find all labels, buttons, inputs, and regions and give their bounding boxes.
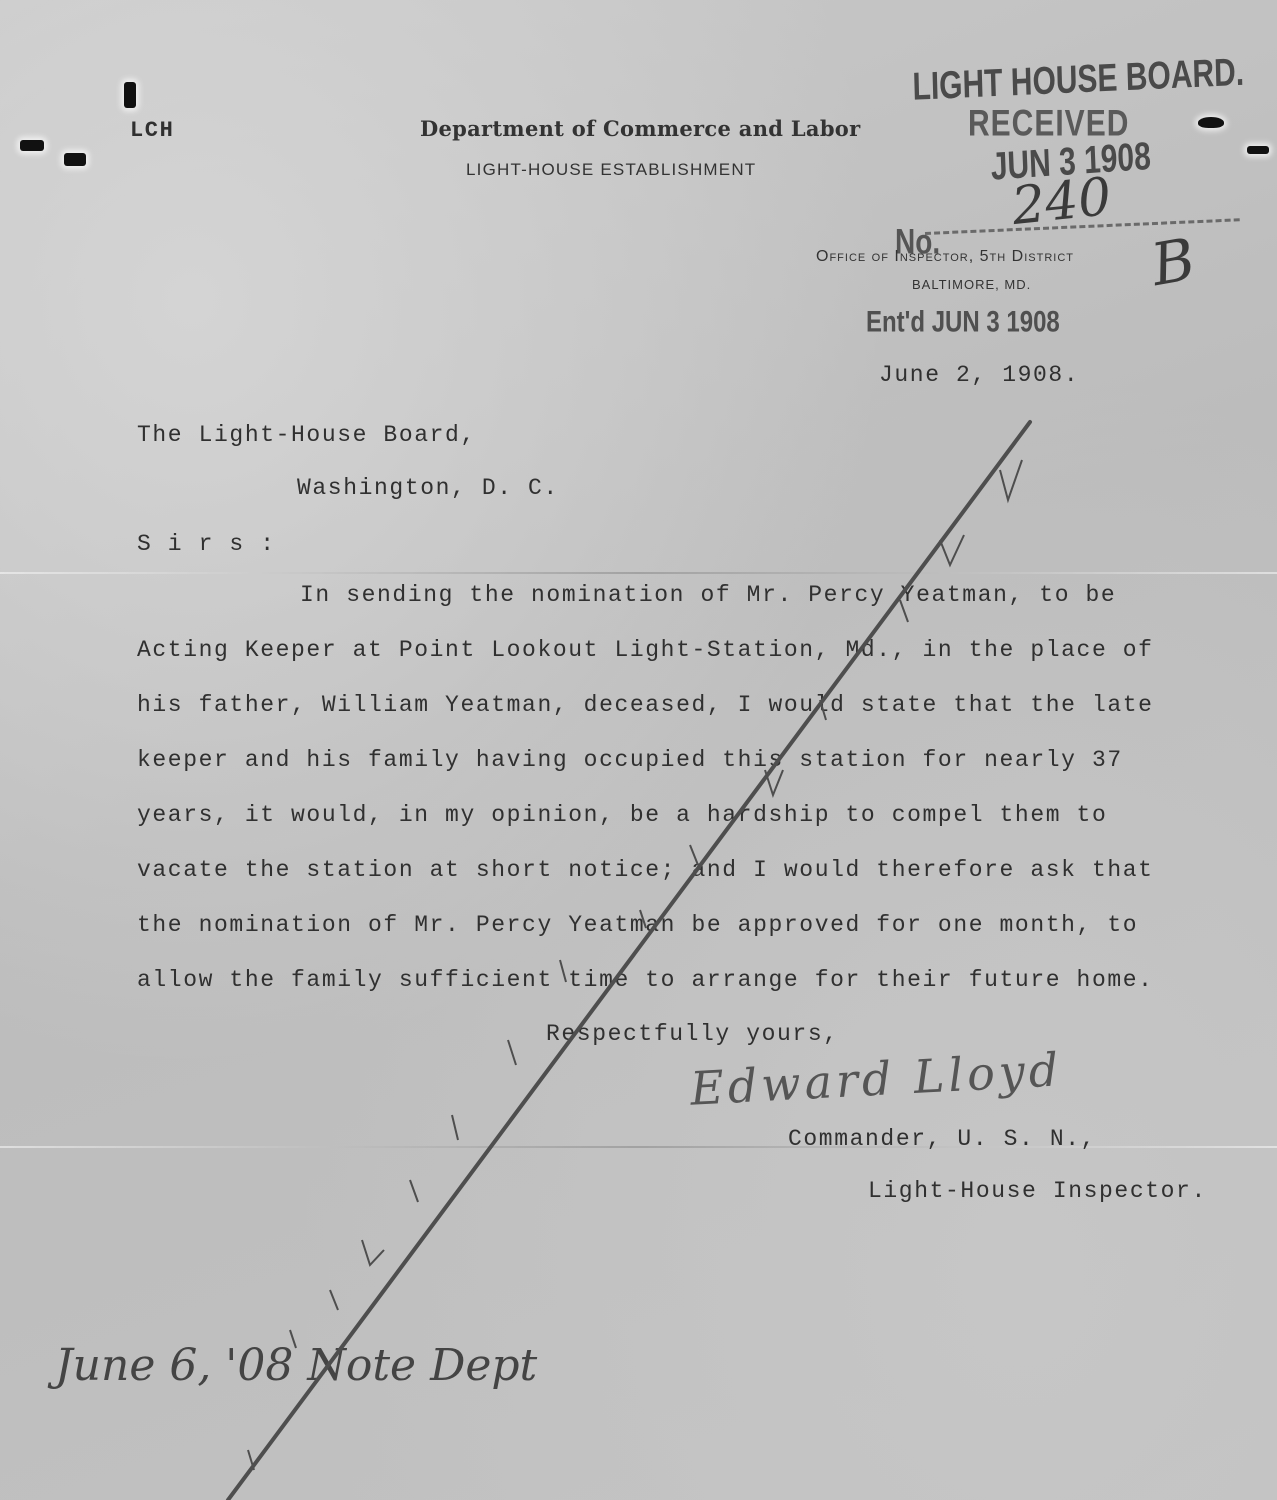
pencil-strikethrough-icon xyxy=(0,0,1277,1500)
